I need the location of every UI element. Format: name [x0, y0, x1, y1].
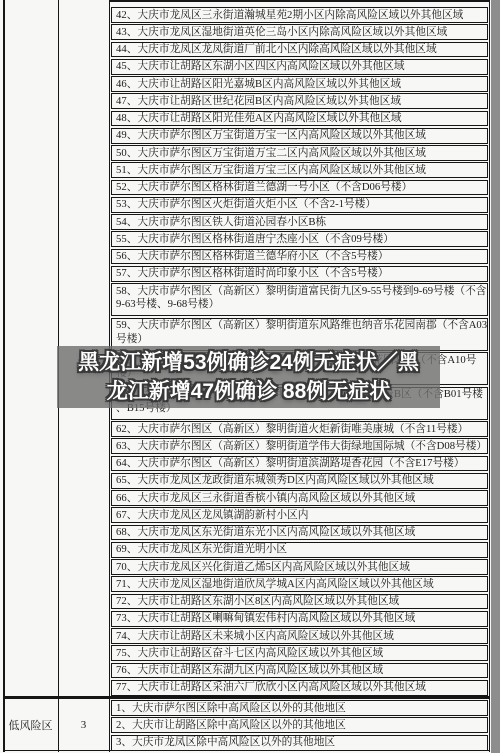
risk-area-row: 1、大庆市萨尔图区除中高风险区以外的其他地区	[111, 700, 488, 716]
risk-area-row: 76、大庆市让胡路区东湖九区内高风险区域以外其他区域	[111, 663, 488, 679]
risk-area-row: 48、大庆市让胡路区阳光佳苑A区内高风险区域以外其他区域	[111, 111, 488, 127]
risk-area-row: 45、大庆市让胡路区东湖小区四区内高风险区域以外其他区域	[111, 59, 488, 75]
risk-area-row: 65、大庆市龙凤区龙政街道东城领秀D区内高风险区域以外其他区域	[111, 473, 488, 489]
risk-area-row: 42、大庆市龙凤区三永街道瀚城星苑2期小区内除高风险区域以外其他区域	[111, 7, 488, 23]
risk-area-row: 51、大庆市萨尔图区万宝街道万宝三区内高风险区域以外其他区域	[111, 162, 488, 178]
risk-area-row: 47、大庆市让胡路区世纪花园B区内高风险区域以外其他区域	[111, 93, 488, 109]
risk-area-row: 56、大庆市萨尔图区格林街道兰德华府小区（不含5号楼）	[111, 249, 488, 265]
risk-area-row: 74、大庆市让胡路区未来城小区内高风险区域以外其他区域	[111, 628, 488, 644]
risk-area-row: 73、大庆市让胡路区喇嘛甸镇宏伟村内高风险区域以外其他区域	[111, 611, 488, 627]
risk-area-row: 55、大庆市萨尔图区格林街道唐宁杰座小区（不含09号楼）	[111, 231, 488, 247]
risk-area-row: 70、大庆市龙凤区兴化街道乙烯5区内高风险区域以外其他区域	[111, 559, 488, 575]
risk-area-row: 52、大庆市萨尔图区格林街道兰德湖一号小区（不含D06号楼）	[111, 180, 488, 196]
risk-area-row: 2、大庆市让胡路区除中高风险区以外的其他地区	[111, 717, 488, 733]
risk-area-row: 67、大庆市龙凤区龙凤镇湖韵新村小区内	[111, 507, 488, 523]
page-right-margin-band	[491, 0, 500, 753]
headline-line-1: 黑龙江新增53例确诊24例无症状／黑	[78, 348, 419, 377]
risk-area-row: 68、大庆市龙凤区东光街道东光小区内高风险区域以外其他区域	[111, 525, 488, 541]
risk-area-row: 64、大庆市萨尔图区（高新区）黎明街道滨湖路堤香花园（不含E17号楼）	[111, 456, 488, 472]
risk-area-row: 66、大庆市龙凤区三永街道香槟小镇内高风险区域以外其他区域	[111, 490, 488, 506]
risk-area-row: 58、大庆市萨尔图区（高新区）黎明街道富民街九区9-55号楼到9-69号楼（不含…	[111, 283, 488, 316]
risk-area-row: 50、大庆市萨尔图区万宝街道万宝二区内高风险区域以外其他区域	[111, 145, 488, 161]
risk-area-row: 46、大庆市让胡路区阳光嘉城B区内高风险区域以外其他区域	[111, 76, 488, 92]
risk-area-row: 63、大庆市萨尔图区（高新区）黎明街道学伟大街绿地国际城（不含D08号楼）	[111, 438, 488, 454]
risk-area-row: 69、大庆市龙凤区东光街道光明小区	[111, 542, 488, 558]
low-risk-count: 3	[59, 699, 108, 750]
risk-area-row: 77、大庆市让胡路区采油六厂欣欣小区内高风险区域以外其他区域	[111, 680, 488, 696]
low-risk-label: 低风险区	[4, 699, 57, 750]
risk-area-row: 62、大庆市萨尔图区（高新区）黎明街道火炬新街唯美康城（不含11号楼）	[111, 421, 488, 437]
risk-area-row: 54、大庆市萨尔图区铁人街道沁园春小区B栋	[111, 214, 488, 230]
headline-line-2: 龙江新增47例确诊 88例无症状	[107, 377, 391, 406]
risk-area-row: 44、大庆市龙凤区龙凤街道厂前北小区内除高风险区域以外其他区域	[111, 42, 488, 58]
risk-area-row: 75、大庆市让胡路区奋斗七区内高风险区域以外其他区域	[111, 645, 488, 661]
risk-area-row: 43、大庆市龙凤区湿地街道英伦三岛小区内除高风险区域以外其他区域	[111, 24, 488, 40]
risk-area-row: 53、大庆市萨尔图区火炬街道火炬小区（不含2-1号楼）	[111, 197, 488, 213]
risk-area-row: 49、大庆市萨尔图区万宝街道万宝一区内高风险区域以外其他区域	[111, 128, 488, 144]
risk-area-row: 3、大庆市龙凤区除中高风险区以外的其他地区	[111, 735, 488, 751]
document-page: { "page": { "background": "#f7f7f5", "bo…	[0, 0, 500, 753]
risk-area-row: 71、大庆市龙凤区湿地街道欣凤学城A区内高风险区域以外其他区域	[111, 576, 488, 592]
risk-area-row: 57、大庆市萨尔图区格林街道时尚印象小区（不含5号楼）	[111, 266, 488, 282]
news-headline-overlay: 黑龙江新增53例确诊24例无症状／黑 龙江新增47例确诊 88例无症状	[57, 346, 440, 408]
risk-area-row: 72、大庆市让胡路区东湖小区8区内高风险区域以外其他区域	[111, 594, 488, 610]
